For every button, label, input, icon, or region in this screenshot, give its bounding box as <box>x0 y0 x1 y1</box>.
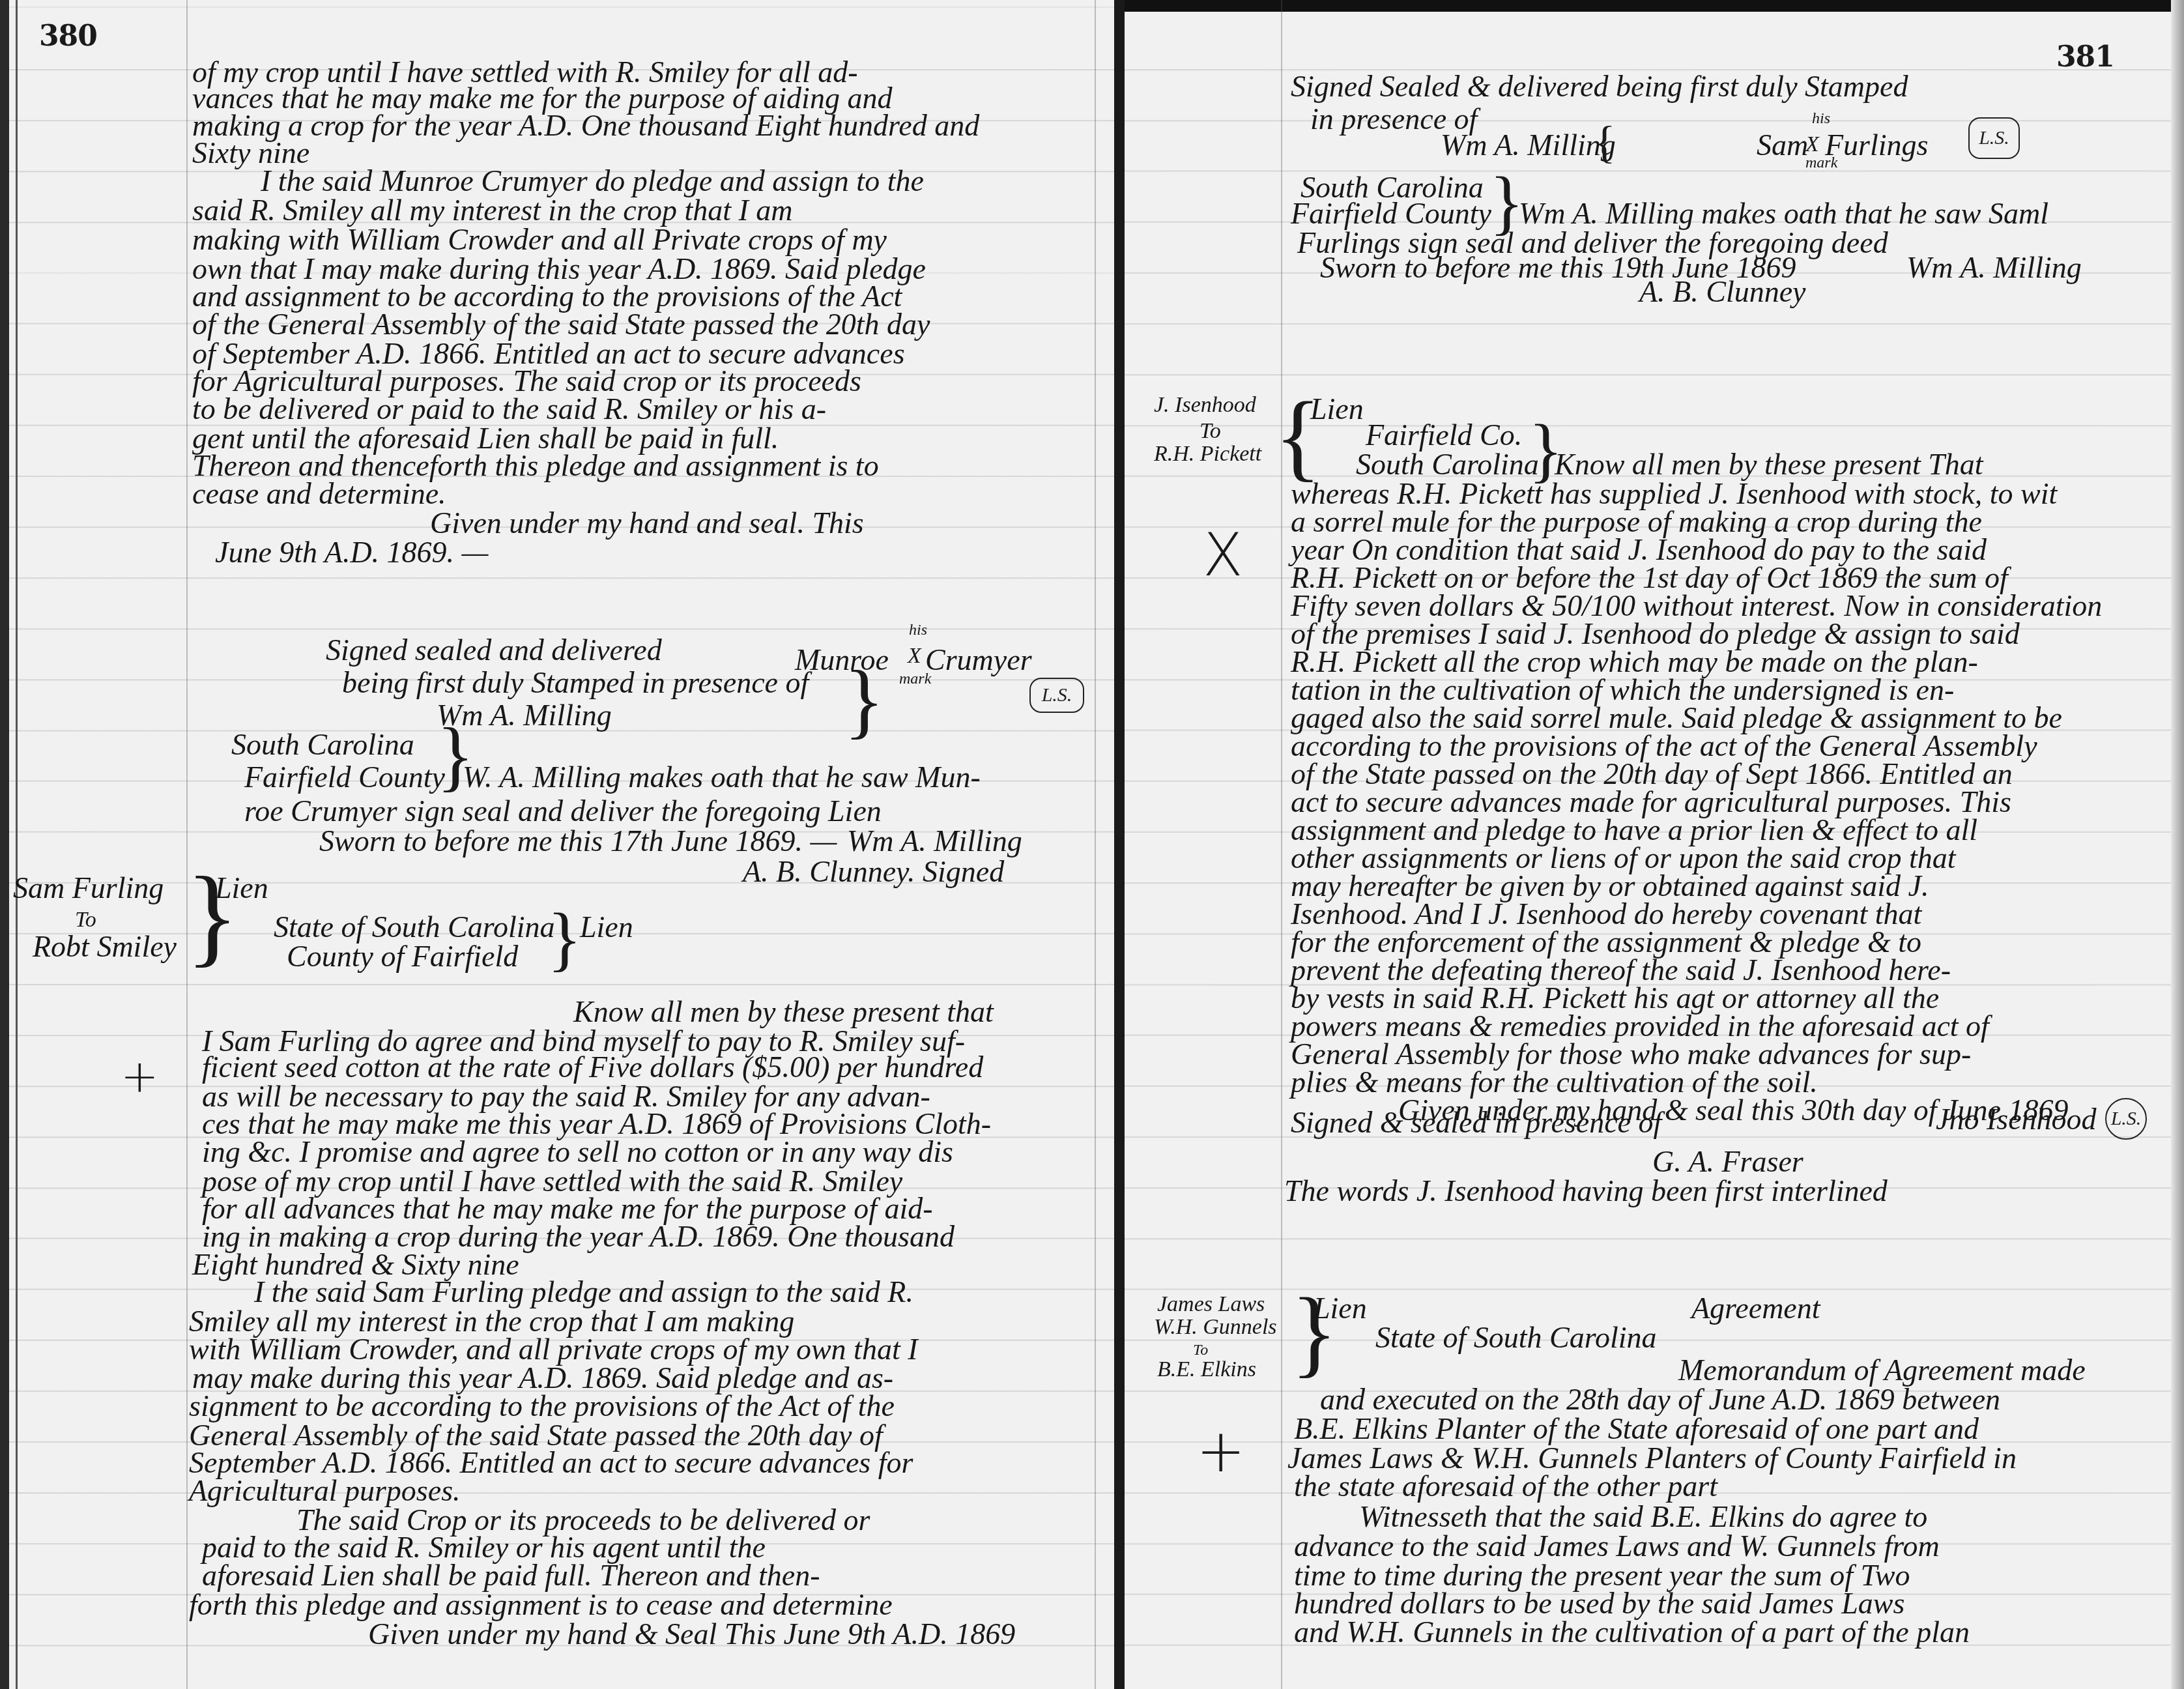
margin-party-2: W.H. Gunnels <box>1154 1316 1277 1338</box>
left-page: 380 of my crop until I have settled with… <box>0 0 1114 1689</box>
text-line: said R. Smiley all my interest in the cr… <box>192 195 793 225</box>
signing-line-1: Signed Sealed & delivered being first du… <box>1291 72 1908 102</box>
oath-state: South Carolina <box>231 730 414 760</box>
margin-cross-mark: + <box>1196 1417 1245 1486</box>
book-gutter <box>1114 0 1125 1689</box>
text-line: Given under my hand & Seal This June 9th… <box>368 1619 1015 1649</box>
brace: { <box>1594 121 1616 166</box>
margin-party-2: Robt Smiley <box>33 932 177 962</box>
agreement-heading: Agreement <box>1691 1293 1820 1323</box>
margin-rule <box>1095 0 1096 1689</box>
text-line: with William Crowder, and all private cr… <box>189 1335 918 1364</box>
text-line: ing &c. I promise and agree to sell no c… <box>202 1137 953 1167</box>
lien-label: Lien <box>1310 394 1364 424</box>
margin-to: To <box>1200 420 1221 442</box>
page-top-edge <box>1125 0 2184 12</box>
oath-line-1: W. A. Milling makes oath that he saw Mun… <box>463 762 981 792</box>
text-line: ficient seed cotton at the rate of Five … <box>202 1052 983 1082</box>
interlined-note: The words J. Isenhood having been first … <box>1284 1176 1888 1206</box>
text-line: Memorandum of Agreement made <box>1678 1355 2086 1385</box>
lien-label-2: Lien <box>580 912 633 942</box>
margin-to: To <box>75 909 96 931</box>
right-page: 381 Signed Sealed & delivered being firs… <box>1125 0 2184 1689</box>
text-line: to be delivered or paid to the said R. S… <box>192 394 826 424</box>
page-edge <box>0 0 9 1689</box>
witness-signature: G. A. Fraser <box>1652 1147 1803 1177</box>
witness-signature: Wm A. Milling <box>1441 130 1616 160</box>
text-line: I the said Sam Furling pledge and assign… <box>254 1277 913 1307</box>
signer-first-name: Sam <box>1757 130 1808 160</box>
seal-ls: L.S. <box>1968 117 2020 159</box>
oath-county: Fairfield County <box>244 762 445 792</box>
signing-line-2: being first duly Stamped in presence of <box>342 668 809 698</box>
margin-to: To <box>1193 1342 1208 1358</box>
lien-state: South Carolina <box>1356 450 1539 480</box>
his-label: his <box>909 622 927 638</box>
page-edge <box>2171 0 2184 1689</box>
text-line: June 9th A.D. 1869. — <box>215 538 489 568</box>
page-number: 381 <box>2056 40 2114 74</box>
text-line: Agricultural purposes. <box>189 1476 461 1506</box>
lien-county: Fairfield Co. <box>1366 420 1522 450</box>
margin-party-1: James Laws <box>1157 1293 1265 1316</box>
sworn-signer: Wm A. Milling <box>847 826 1022 856</box>
officer-signature: A. B. Clunney <box>1639 277 1806 307</box>
text-line: making with William Crowder and all Priv… <box>192 225 887 255</box>
margin-rule <box>1281 0 1282 1689</box>
seal-ls: L.S. <box>1029 678 1084 713</box>
text-line: Given under my hand and seal. This <box>430 508 864 538</box>
officer-signature: A. B. Clunney. Signed <box>743 857 1004 887</box>
text-line: and executed on the 28th day of June A.D… <box>1320 1385 2000 1415</box>
margin-cross-mark: + <box>121 1049 159 1103</box>
text-line: signment to be according to the provisio… <box>189 1391 895 1421</box>
signed-line: Signed & sealed in presence of <box>1291 1108 1661 1138</box>
text-line: advance to the said James Laws and W. Gu… <box>1294 1531 1940 1561</box>
lien-label: Lien <box>215 873 268 903</box>
signer-signature: Jno Isenhood <box>1936 1104 2097 1134</box>
lien-label: Lien <box>1314 1293 1367 1323</box>
text-line: Witnesseth that the said B.E. Elkins do … <box>1359 1502 1927 1532</box>
text-line: of the General Assembly of the said Stat… <box>192 310 930 339</box>
signer-last-name: Furlings <box>1825 130 1928 160</box>
signer-mark: X <box>908 645 921 667</box>
text-line: forth this pledge and assignment is to c… <box>189 1590 893 1620</box>
signer-first-name: Munroe <box>795 645 889 675</box>
signer-last-name: Crumyer <box>925 645 1032 675</box>
his-label: his <box>1812 111 1830 126</box>
margin-party-2: R.H. Pickett <box>1154 443 1261 465</box>
margin-rule <box>186 0 188 1689</box>
margin-party-3: B.E. Elkins <box>1157 1359 1256 1381</box>
text-line: making a crop for the year A.D. One thou… <box>192 111 979 141</box>
oath-line-3: Sworn to before me this 17th June 1869. … <box>319 826 837 856</box>
oath-line-2: roe Crumyer sign seal and deliver the fo… <box>244 796 882 826</box>
brace: } <box>547 902 582 974</box>
lien-state: State of South Carolina <box>274 912 554 942</box>
text-line: B.E. Elkins Planter of the State aforesa… <box>1294 1414 1979 1444</box>
agreement-state: State of South Carolina <box>1375 1323 1656 1353</box>
text-line: hundred dollars to be used by the said J… <box>1294 1589 1904 1619</box>
oath-county: Fairfield County <box>1291 199 1491 229</box>
text-line: and W.H. Gunnels in the cultivation of a… <box>1294 1617 1970 1647</box>
seal-ls: L.S. <box>2105 1098 2147 1140</box>
text-line: aforesaid Lien shall be paid full. There… <box>202 1561 820 1591</box>
text-line: Know all men by these present That <box>1555 450 1983 480</box>
signer-mark: X <box>1805 134 1819 156</box>
page-edge-line <box>16 0 18 1689</box>
text-line: Know all men by these present that <box>573 997 994 1027</box>
text-line: cease and determine. <box>192 479 446 509</box>
margin-x-mark: X <box>1203 521 1243 590</box>
lien-county: County of Fairfield <box>287 942 518 972</box>
text-line: the state aforesaid of the other part <box>1294 1471 1717 1501</box>
margin-party-1: J. Isenhood <box>1154 394 1256 416</box>
text-line: I the said Munroe Crumyer do pledge and … <box>261 166 924 196</box>
signing-line-1: Signed sealed and delivered <box>326 635 662 665</box>
page-number: 380 <box>39 20 97 53</box>
oath-line-1: Wm A. Milling makes oath that he saw Sam… <box>1519 199 2048 229</box>
margin-party-1: Sam Furling <box>13 873 164 903</box>
sworn-signer: Wm A. Milling <box>1906 253 2082 283</box>
